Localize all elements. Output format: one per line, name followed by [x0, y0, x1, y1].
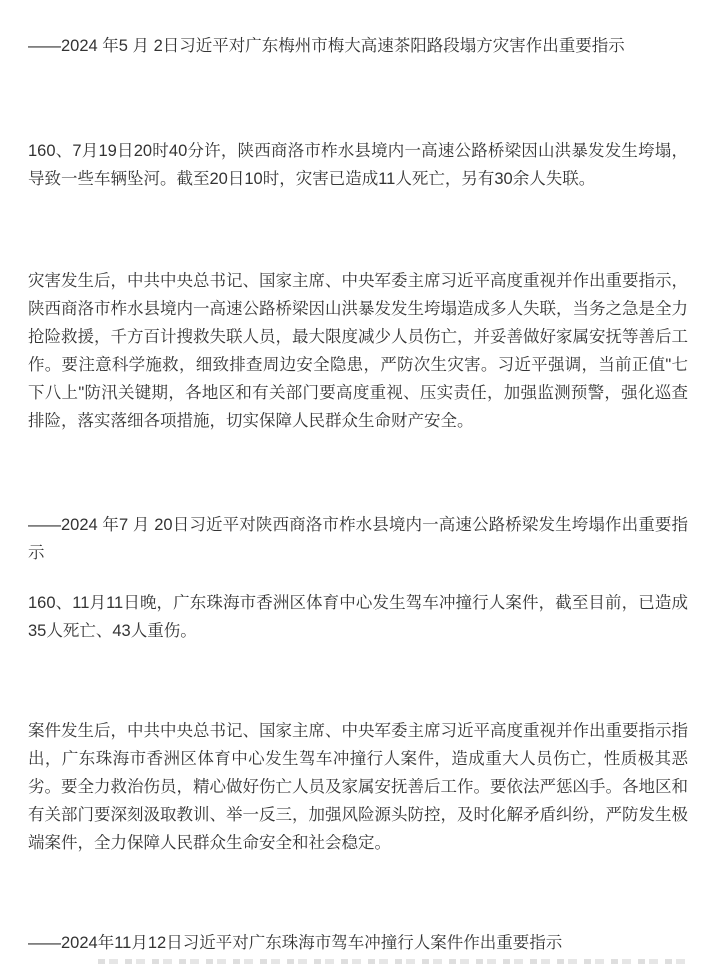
list-item-shangluo-bridge: 160、7月19日20时40分许，陕西商洛市柞水县境内一高速公路桥梁因山洪暴发发…: [28, 137, 688, 193]
document-page: ——2024 年5 月 2日习近平对广东梅州市梅大高速茶阳路段塌方灾害作出重要指…: [0, 0, 718, 965]
clipped-next-line: [98, 959, 688, 964]
list-item-zhuhai-attack: 160、11月11日晚，广东珠海市香洲区体育中心发生驾车冲撞行人案件，截至目前，…: [28, 589, 688, 645]
attribution-meizhou-landslide: ——2024 年5 月 2日习近平对广东梅州市梅大高速茶阳路段塌方灾害作出重要指…: [28, 32, 688, 60]
attribution-shangluo-bridge: ——2024 年7 月 20日习近平对陕西商洛市柞水县境内一高速公路桥梁发生垮塌…: [28, 511, 688, 567]
attribution-zhuhai-attack: ——2024年11月12日习近平对广东珠海市驾车冲撞行人案件作出重要指示: [28, 929, 688, 957]
paragraph-shangluo-directive: 灾害发生后，中共中央总书记、国家主席、中央军委主席习近平高度重视并作出重要指示，…: [28, 267, 688, 435]
paragraph-zhuhai-directive: 案件发生后，中共中央总书记、国家主席、中央军委主席习近平高度重视并作出重要指示指…: [28, 717, 688, 857]
